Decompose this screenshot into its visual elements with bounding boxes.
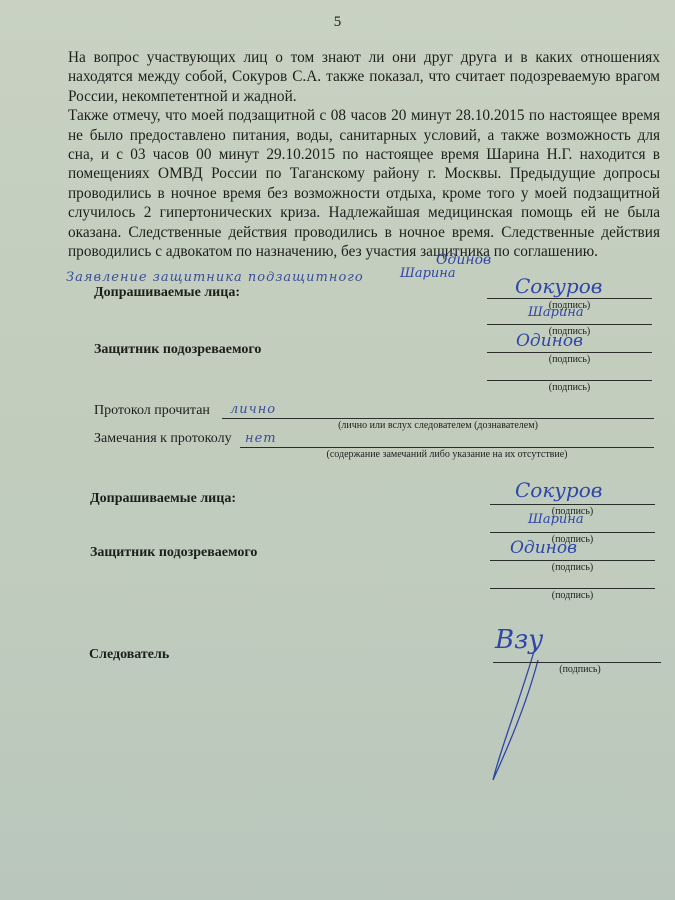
- protocol-remarks-value: нет: [245, 431, 277, 446]
- signature-line: [490, 504, 655, 505]
- handwritten-signature: Шарина: [400, 266, 456, 281]
- signature-line: [490, 532, 655, 533]
- signature-caption: (подпись): [490, 590, 655, 601]
- investigator-label: Следователь: [89, 647, 169, 663]
- protocol-read-value: лично: [230, 402, 276, 417]
- signature: Шарина: [528, 305, 584, 320]
- signature-line: [487, 380, 652, 381]
- paragraph: Также отмечу, что моей подзащитной с 08 …: [68, 106, 660, 261]
- signature-caption: (подпись): [530, 664, 630, 675]
- signature-line: [487, 324, 652, 325]
- interviewed-persons-label: Допрашиваемые лица:: [94, 285, 240, 301]
- signature-line: [490, 588, 655, 589]
- signature: Сокуров: [515, 274, 602, 298]
- signature: Одинов: [510, 538, 577, 558]
- protocol-remarks-label: Замечания к протоколу: [94, 431, 232, 447]
- signature-line: [490, 560, 655, 561]
- signature: Одинов: [516, 331, 583, 351]
- handwritten-note: Заявление защитника подзащитного: [66, 270, 364, 285]
- signature-caption: (подпись): [490, 562, 655, 573]
- interviewed-persons-label: Допрашиваемые лица:: [90, 491, 236, 507]
- defender-label: Защитник подозреваемого: [90, 545, 257, 561]
- protocol-remarks-caption: (содержание замечаний либо указание на и…: [240, 449, 654, 460]
- protocol-read-caption: (лично или вслух следователем (дознавате…: [222, 420, 654, 431]
- signature: Сокуров: [515, 478, 602, 502]
- defender-label: Защитник подозреваемого: [94, 342, 261, 358]
- signature-caption: (подпись): [487, 382, 652, 393]
- protocol-read-label: Протокол прочитан: [94, 403, 210, 419]
- protocol-read-line: [222, 418, 654, 419]
- signature-line: [487, 298, 652, 299]
- signature-caption: (подпись): [487, 354, 652, 365]
- statement-text: На вопрос участвующих лиц о том знают ли…: [68, 48, 660, 261]
- signature-line: [493, 662, 661, 663]
- protocol-remarks-line: [240, 447, 654, 448]
- signature: Шарина: [528, 512, 584, 527]
- page-number: 5: [0, 14, 675, 31]
- signature-line: [487, 352, 652, 353]
- paragraph: На вопрос участвующих лиц о том знают ли…: [68, 48, 660, 106]
